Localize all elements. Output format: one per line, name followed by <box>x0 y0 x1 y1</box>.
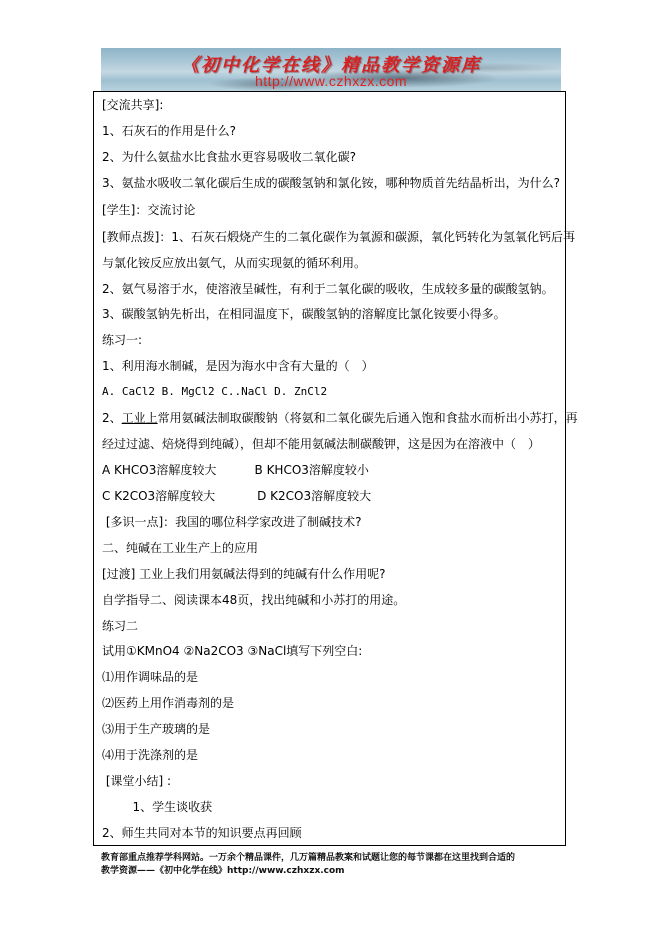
footer-note: 教育部重点推荐学科网站。一万余个精品课件，几万篇精品教案和试题让您的每节课都在这… <box>101 852 571 878</box>
header-banner: 《初中化学在线》精品教学资源库 http://www.czhxzx.com <box>101 48 561 91</box>
exercise-1-options-2cd: C K2CO3溶解度较大 D K2CO3溶解度较大 <box>102 489 371 503</box>
exercise-2-blank-1: ⑴用作调味品的是 <box>102 670 198 684</box>
question-2-underlined: 工业上 <box>122 411 158 425</box>
banner-url[interactable]: http://www.czhxzx.com <box>101 73 561 89</box>
teacher-note-1b: 与氯化铵反应放出氨气，从而实现氨的循环利用。 <box>102 256 366 270</box>
exercise-1-question-1: 1、利用海水制碱，是因为海水中含有大量的（ ） <box>102 359 374 373</box>
exercise-2-heading: 练习二 <box>102 619 138 633</box>
question-1: 1、石灰石的作用是什么? <box>102 124 236 138</box>
question-2-rest: 常用氨碱法制取碳酸钠（将氨和二氧化碳先后通入饱和食盐水而析出小苏打，再 <box>158 411 578 425</box>
footer-line-2[interactable]: 教学资源——《初中化学在线》http://www.czhxzx.com <box>101 865 571 878</box>
exercise-1-heading: 练习一: <box>102 333 142 347</box>
student-discussion: [学生]：交流讨论 <box>102 203 195 217</box>
exercise-1-question-2a: 2、工业上常用氨碱法制取碳酸钠（将氨和二氧化碳先后通入饱和食盐水而析出小苏打，再 <box>102 411 578 425</box>
exercise-1-options-2ab: A KHCO3溶解度较大 B KHCO3溶解度较小 <box>102 463 369 477</box>
footer-line-1: 教育部重点推荐学科网站。一万余个精品课件，几万篇精品教案和试题让您的每节课都在这… <box>101 852 571 865</box>
class-summary-item-1: 1、学生谈收获 <box>102 800 212 814</box>
teacher-note-1a: [教师点拨]：1、石灰石煅烧产生的二氧化碳作为氧源和碳源，氧化钙转化为氢氧化钙后… <box>102 230 575 244</box>
exercise-1-question-2b: 经过过滤、焙烧得到纯碱），但却不能用氨碱法制碳酸钾，这是因为在溶液中（ ） <box>102 437 540 451</box>
section-heading-share: [交流共享]: <box>102 98 163 112</box>
exercise-2-blank-3: ⑶用于生产玻璃的是 <box>102 722 210 736</box>
transition-note: [过渡] 工业上我们用氨碱法得到的纯碱有什么作用呢? <box>102 567 386 581</box>
question-2: 2、为什么氨盐水比食盐水更容易吸收二氧化碳? <box>102 150 356 164</box>
class-summary-heading: [课堂小结] : <box>102 774 171 788</box>
extra-knowledge: [多识一点]：我国的哪位科学家改进了制碱技术? <box>102 515 362 529</box>
teacher-note-2: 2、氨气易溶于水，使溶液呈碱性，有利于二氧化碳的吸收，生成较多量的碳酸氢钠。 <box>102 282 554 296</box>
question-3: 3、氨盐水吸收二氧化碳后生成的碳酸氢钠和氯化铵，哪种物质首先结晶析出，为什么? <box>102 176 560 190</box>
exercise-1-options-1: A. CaCl2 B. MgCl2 C..NaCl D. ZnCl2 <box>102 385 327 399</box>
teacher-note-3: 3、碳酸氢钠先析出，在相同温度下，碳酸氢钠的溶解度比氯化铵要小得多。 <box>102 307 506 321</box>
lesson-content-box: [交流共享]: 1、石灰石的作用是什么? 2、为什么氨盐水比食盐水更容易吸收二氧… <box>93 91 566 846</box>
question-2-prefix: 2、 <box>102 411 122 425</box>
self-study-guide-2: 自学指导二、阅读课本48页，找出纯碱和小苏打的用途。 <box>102 593 405 607</box>
exercise-2-blank-4: ⑷用于洗涤剂的是 <box>102 748 198 762</box>
section-2-heading: 二、纯碱在工业生产上的应用 <box>102 541 258 555</box>
exercise-2-blank-2: ⑵医药上用作消毒剂的是 <box>102 696 234 710</box>
exercise-2-instruction: 试用①KMnO4 ②Na2CO3 ③NaCl填写下列空白: <box>102 644 362 658</box>
class-summary-item-2: 2、师生共同对本节的知识要点再回顾 <box>102 826 302 840</box>
